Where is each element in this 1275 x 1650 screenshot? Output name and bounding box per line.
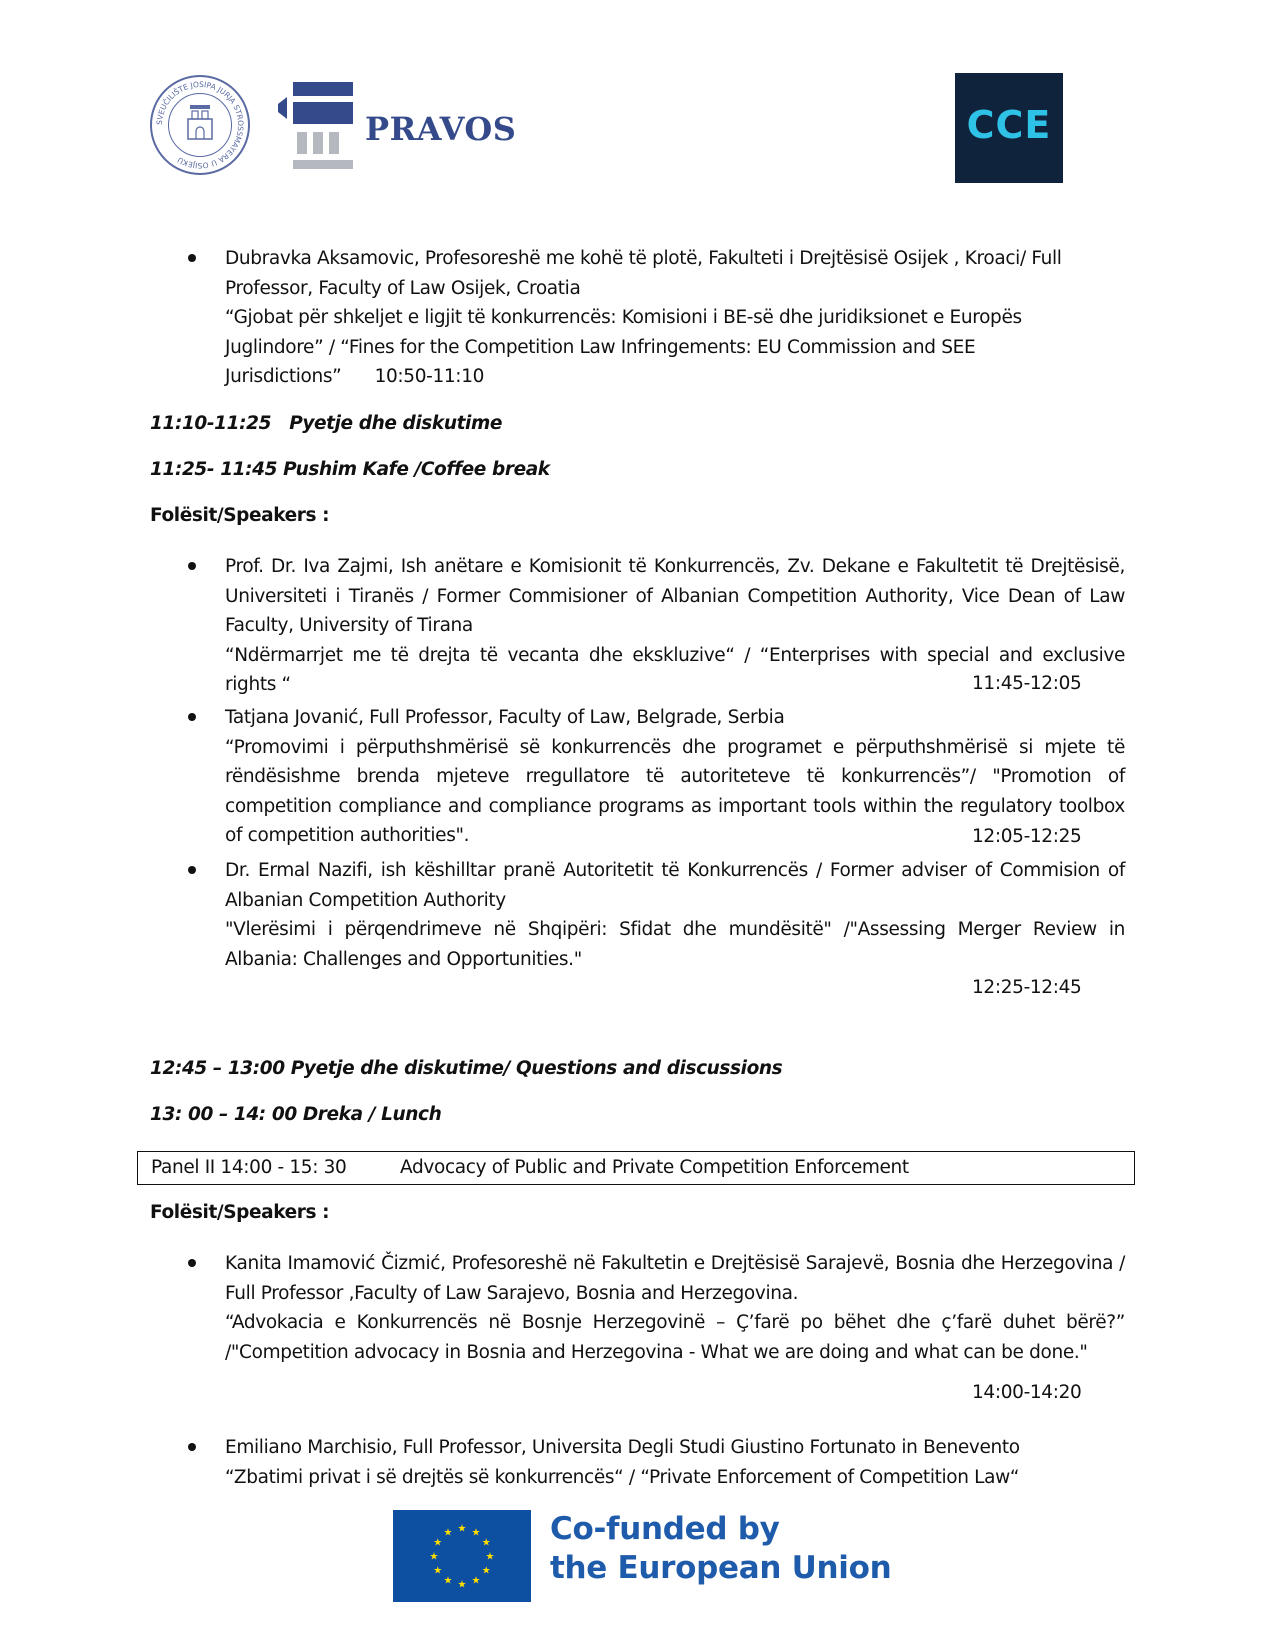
talk-title: "Vlerësimi i përqendrimeve në Shqipëri: … <box>225 915 1125 974</box>
pravos-building-icon <box>275 82 355 177</box>
speaker-text: Dr. Ermal Nazifi, ish këshilltar pranë A… <box>225 856 1125 974</box>
agenda-item-questions: 11:10-11:25 Pyetje dhe diskutime <box>150 413 502 434</box>
university-seal-logo: SVEUČILIŠTE JOSIPA JURJA STROSSMAYERA U … <box>150 75 250 175</box>
panel-title: Advocacy of Public and Private Competiti… <box>400 1153 909 1182</box>
svg-text:★: ★ <box>472 1576 481 1587</box>
cce-wordmark: CCE <box>955 103 1063 147</box>
speaker-name: Tatjana Jovanić, Full Professor, Faculty… <box>225 703 1125 733</box>
speaker-name: Dubravka Aksamovic, Profesoreshë me kohë… <box>225 244 1105 303</box>
speaker-text: Kanita Imamović Čizmić, Profesoreshë në … <box>225 1249 1125 1367</box>
eu-flag-icon: ★★★★★★★★★★★★ <box>393 1510 531 1602</box>
panel-header-box: Panel II 14:00 - 15: 30 Advocacy of Publ… <box>137 1151 1135 1185</box>
talk-time: 10:50-11:10 <box>375 366 484 387</box>
svg-text:★: ★ <box>458 1524 467 1535</box>
svg-text:★: ★ <box>458 1580 467 1591</box>
bullet-icon <box>188 866 196 874</box>
svg-text:★: ★ <box>430 1552 439 1563</box>
talk-time: 12:05-12:25 <box>972 826 1081 847</box>
talk-time: 11:45-12:05 <box>972 673 1081 694</box>
panel-label: Panel II 14:00 - 15: 30 <box>151 1153 346 1182</box>
bullet-icon <box>188 1259 196 1267</box>
speaker-text: Emiliano Marchisio, Full Professor, Univ… <box>225 1433 1125 1492</box>
castle-emblem-icon <box>152 77 248 173</box>
bullet-icon <box>188 713 196 721</box>
talk-time: 12:25-12:45 <box>972 977 1081 998</box>
svg-text:★: ★ <box>472 1527 481 1538</box>
svg-text:★: ★ <box>482 1566 491 1577</box>
speakers-heading: Folësit/Speakers : <box>150 505 329 526</box>
agenda-item-coffee-break: 11:25- 11:45 Pushim Kafe /Coffee break <box>150 459 550 480</box>
bullet-icon <box>188 254 196 262</box>
talk-title: “Advokacia e Konkurrencës në Bosnje Herz… <box>225 1308 1125 1367</box>
talk-title: “Zbatimi privat i së drejtës së konkurre… <box>225 1463 1125 1493</box>
svg-text:★: ★ <box>433 1566 442 1577</box>
speaker-name: Dr. Ermal Nazifi, ish këshilltar pranë A… <box>225 856 1125 915</box>
speaker-name: Prof. Dr. Iva Zajmi, Ish anëtare e Komis… <box>225 552 1125 641</box>
svg-text:★: ★ <box>486 1552 495 1563</box>
svg-text:★: ★ <box>444 1527 453 1538</box>
svg-text:★: ★ <box>482 1538 491 1549</box>
agenda-item-questions-discussions: 12:45 – 13:00 Pyetje dhe diskutime/ Ques… <box>150 1058 782 1079</box>
talk-time: 14:00-14:20 <box>972 1382 1081 1403</box>
svg-text:★: ★ <box>444 1576 453 1587</box>
speaker-text: Dubravka Aksamovic, Profesoreshë me kohë… <box>225 244 1105 392</box>
eu-cofunded-text: Co-funded by the European Union <box>550 1510 891 1588</box>
agenda-item-lunch: 13: 00 – 14: 00 Dreka / Lunch <box>150 1104 441 1125</box>
speaker-name: Emiliano Marchisio, Full Professor, Univ… <box>225 1433 1125 1463</box>
cce-logo: CCE <box>955 73 1063 183</box>
speaker-name: Kanita Imamović Čizmić, Profesoreshë në … <box>225 1249 1125 1308</box>
svg-text:★: ★ <box>433 1538 442 1549</box>
bullet-icon <box>188 562 196 570</box>
speakers-heading: Folësit/Speakers : <box>150 1202 329 1223</box>
talk-title: “Gjobat për shkeljet e ligjit të konkurr… <box>225 303 1105 392</box>
bullet-icon <box>188 1443 196 1451</box>
pravos-wordmark: PRAVOS <box>365 110 516 148</box>
